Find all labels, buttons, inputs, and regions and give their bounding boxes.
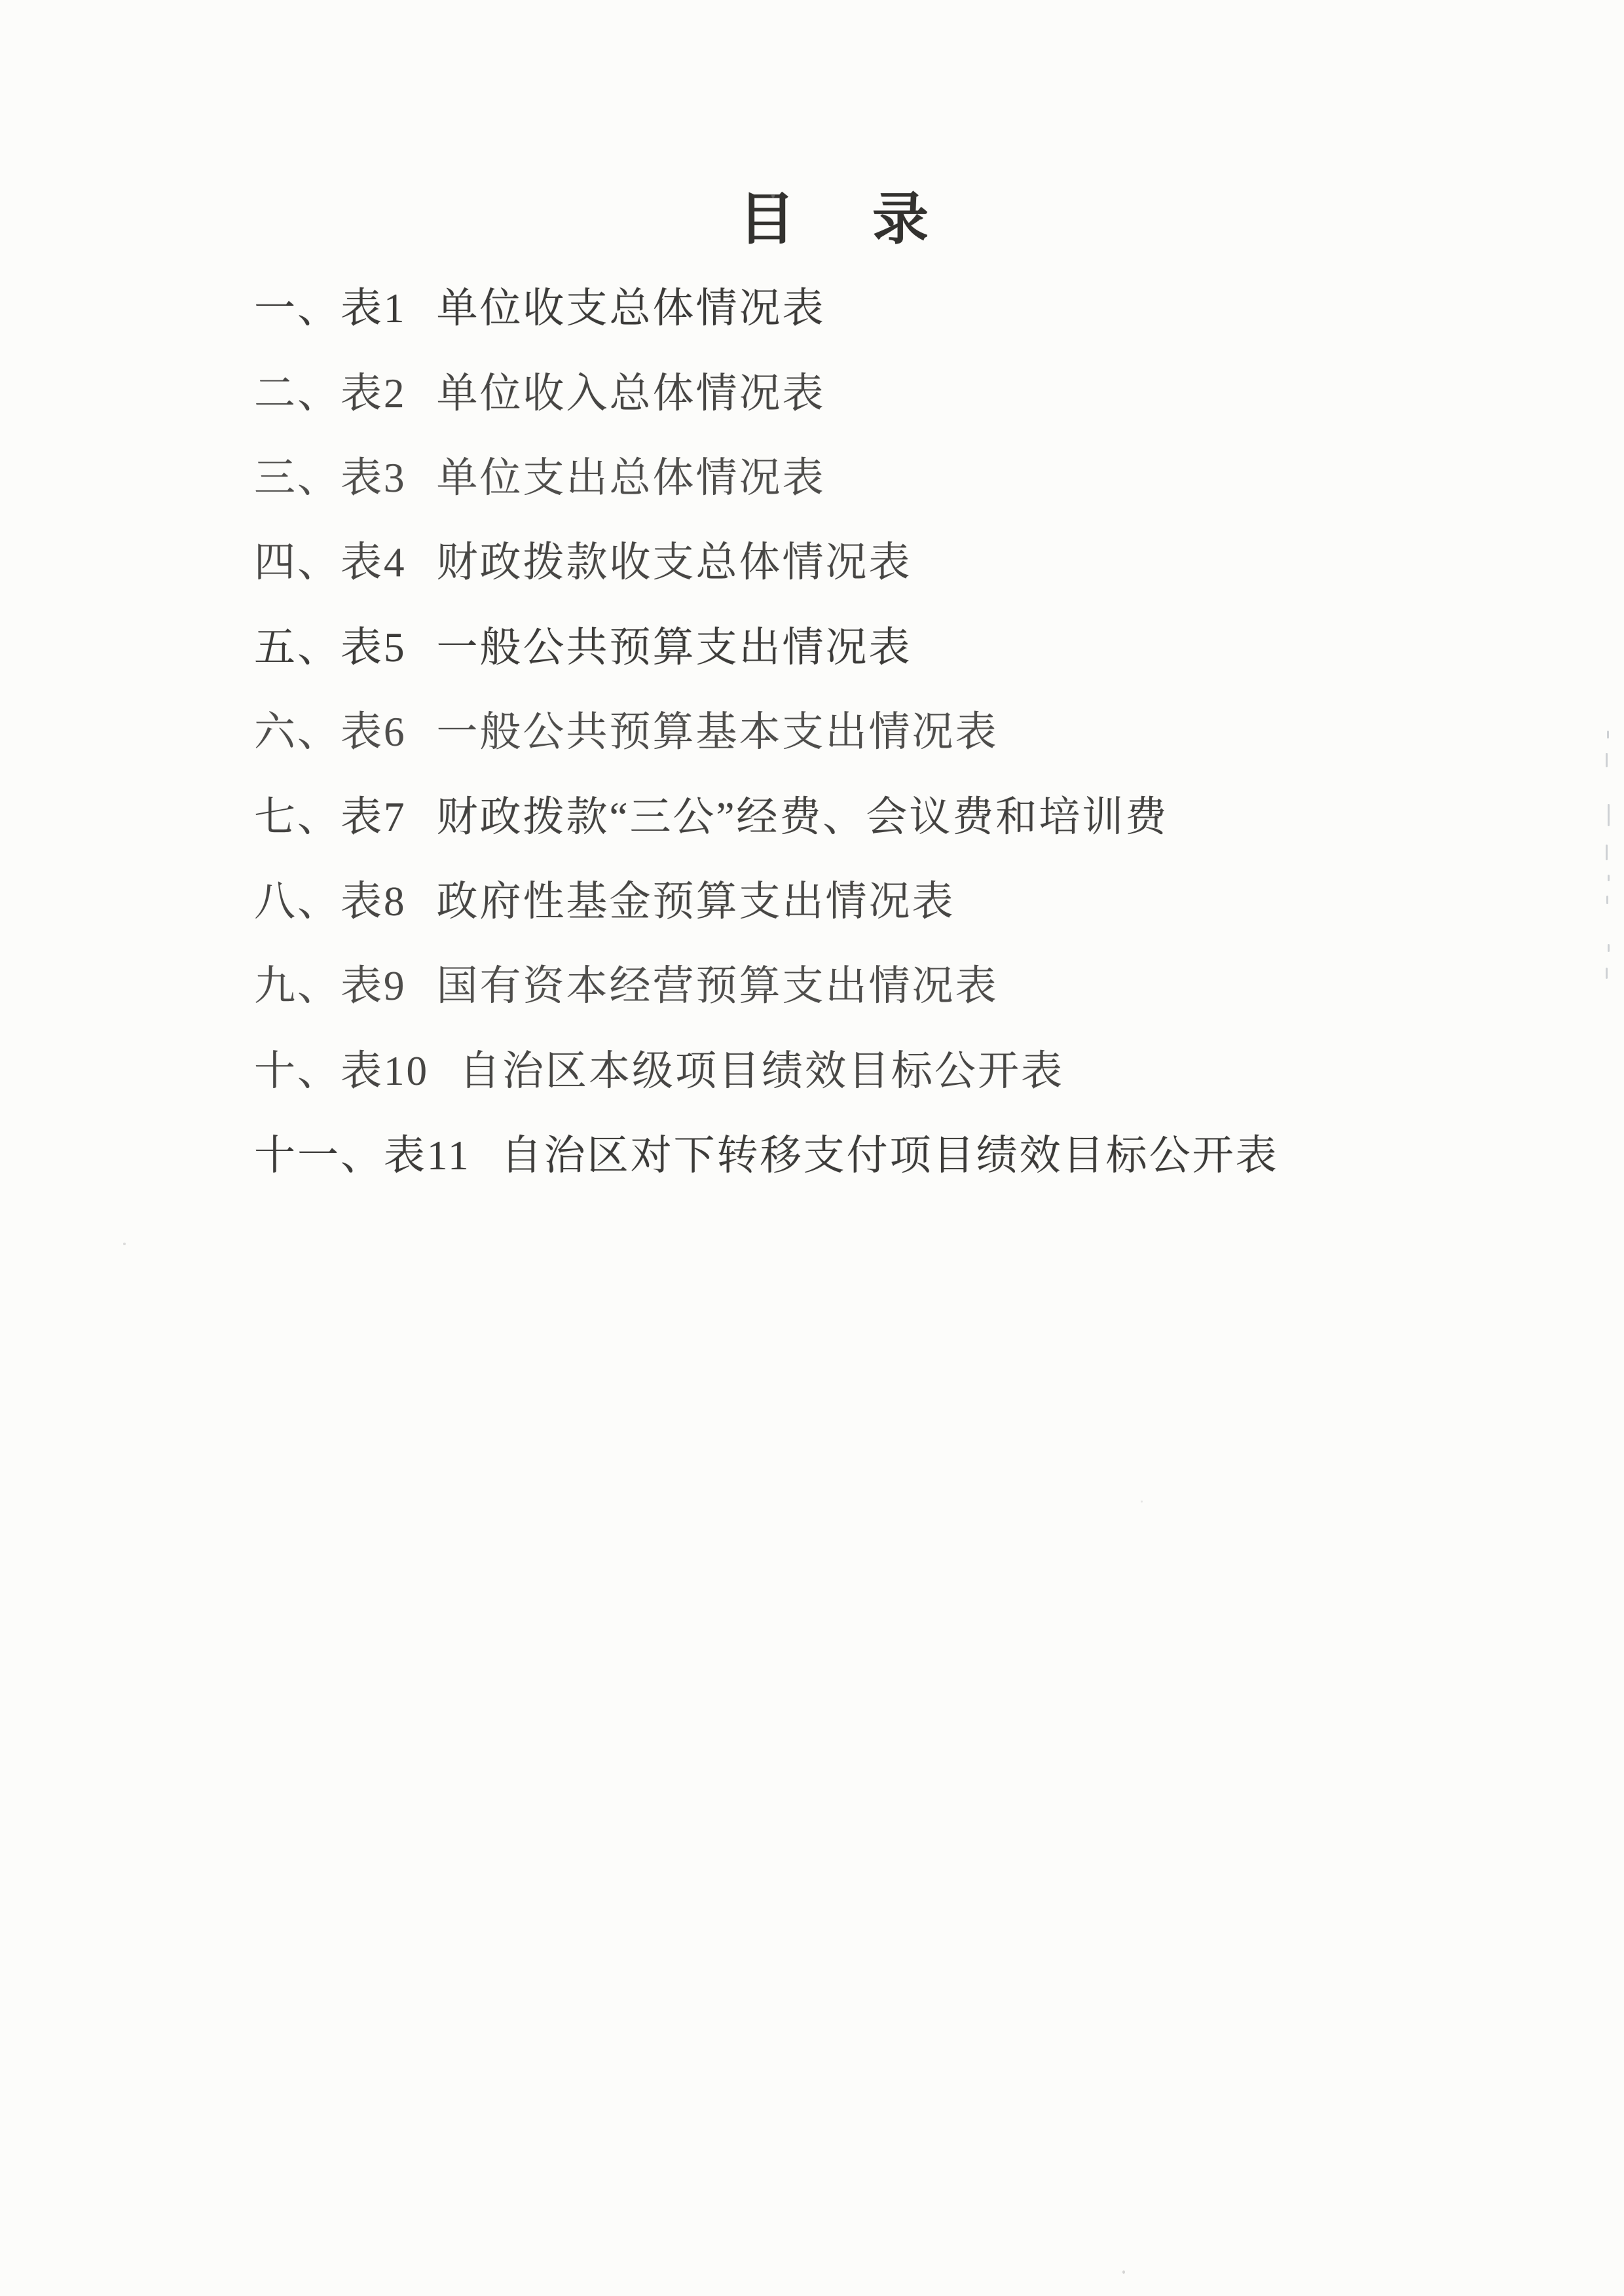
toc-item-title: 单位支出总体情况表 (437, 445, 826, 504)
toc-item: 十一、表11自治区对下转移支付项目绩效目标公开表 (254, 1110, 1279, 1194)
toc-item-number: 六、 (254, 699, 341, 758)
page-title: 目录 (739, 191, 929, 247)
toc-item-number: 一、 (254, 275, 341, 335)
toc-item-number: 三、 (254, 445, 341, 504)
toc-item-title: 单位收入总体情况表 (437, 360, 826, 420)
scan-edge-mark (1606, 896, 1608, 904)
toc-item-table-label: 表9 (341, 953, 407, 1012)
toc-item-title: 自治区对下转移支付项目绩效目标公开表 (501, 1122, 1279, 1182)
toc-item-title: 财政拨款收支总体情况表 (437, 529, 912, 589)
scan-edge-mark (1608, 804, 1610, 826)
toc-item-table-label: 表2 (341, 360, 407, 420)
toc-item: 十、表10自治区本级项目绩效目标公开表 (254, 1025, 1279, 1110)
toc-list: 一、表1单位收支总体情况表 二、表2单位收入总体情况表 三、表3单位支出总体情况… (254, 263, 1279, 1194)
toc-item-number: 二、 (254, 360, 341, 420)
toc-item-title: 国有资本经营预算支出情况表 (437, 953, 999, 1012)
toc-item: 三、表3单位支出总体情况表 (254, 432, 1279, 517)
toc-item: 六、表6一般公共预算基本支出情况表 (254, 686, 1279, 771)
toc-item-table-label: 表3 (341, 445, 407, 504)
toc-item: 一、表1单位收支总体情况表 (254, 263, 1279, 347)
toc-item-table-label: 表1 (341, 275, 407, 335)
scan-edge-mark (1608, 875, 1610, 881)
toc-item-number: 八、 (254, 868, 341, 928)
scan-edge-mark (1608, 944, 1610, 952)
toc-item-table-label: 表11 (384, 1122, 471, 1182)
toc-item: 四、表4财政拨款收支总体情况表 (254, 517, 1279, 601)
toc-item: 二、表2单位收入总体情况表 (254, 347, 1279, 431)
scan-speck (771, 194, 775, 198)
toc-item-title: 一般公共预算基本支出情况表 (437, 699, 999, 758)
toc-item: 五、表5一般公共预算支出情况表 (254, 602, 1279, 686)
toc-item-number: 五、 (254, 614, 341, 674)
scan-edge-mark (1606, 968, 1608, 979)
scan-speck (1122, 2270, 1125, 2274)
toc-item-table-label: 表5 (341, 614, 407, 674)
scan-speck (1141, 1501, 1143, 1503)
scan-speck (123, 1243, 126, 1245)
scan-edge-mark (1606, 753, 1608, 767)
toc-item-number: 七、 (254, 784, 341, 843)
toc-item-title: 自治区本级项目绩效目标公开表 (459, 1038, 1064, 1097)
scan-edge-mark (1606, 845, 1608, 860)
toc-item: 八、表8政府性基金预算支出情况表 (254, 856, 1279, 940)
toc-item: 七、表7财政拨款“三公”经费、会议费和培训费 (254, 771, 1279, 855)
page-title-char-right: 录 (872, 188, 929, 251)
toc-item-table-label: 表10 (341, 1038, 429, 1097)
toc-item-table-label: 表6 (341, 699, 407, 758)
toc-item-title: 财政拨款“三公”经费、会议费和培训费 (437, 784, 1169, 843)
scan-edge-mark (1607, 731, 1609, 738)
toc-item-title: 政府性基金预算支出情况表 (437, 868, 955, 928)
toc-item-table-label: 表8 (341, 868, 407, 928)
toc-item-title: 一般公共预算支出情况表 (437, 614, 912, 674)
toc-item-number: 十一、 (254, 1122, 384, 1182)
toc-item-number: 十、 (254, 1038, 341, 1097)
toc-item-title: 单位收支总体情况表 (437, 275, 826, 335)
scanned-document-page: 目录 一、表1单位收支总体情况表 二、表2单位收入总体情况表 三、表3单位支出总… (0, 0, 1624, 2296)
toc-item-number: 四、 (254, 529, 341, 589)
toc-item-table-label: 表4 (341, 529, 407, 589)
page-title-char-left: 目 (739, 188, 795, 251)
toc-item-number: 九、 (254, 953, 341, 1012)
toc-item: 九、表9国有资本经营预算支出情况表 (254, 940, 1279, 1025)
toc-item-table-label: 表7 (341, 784, 407, 843)
